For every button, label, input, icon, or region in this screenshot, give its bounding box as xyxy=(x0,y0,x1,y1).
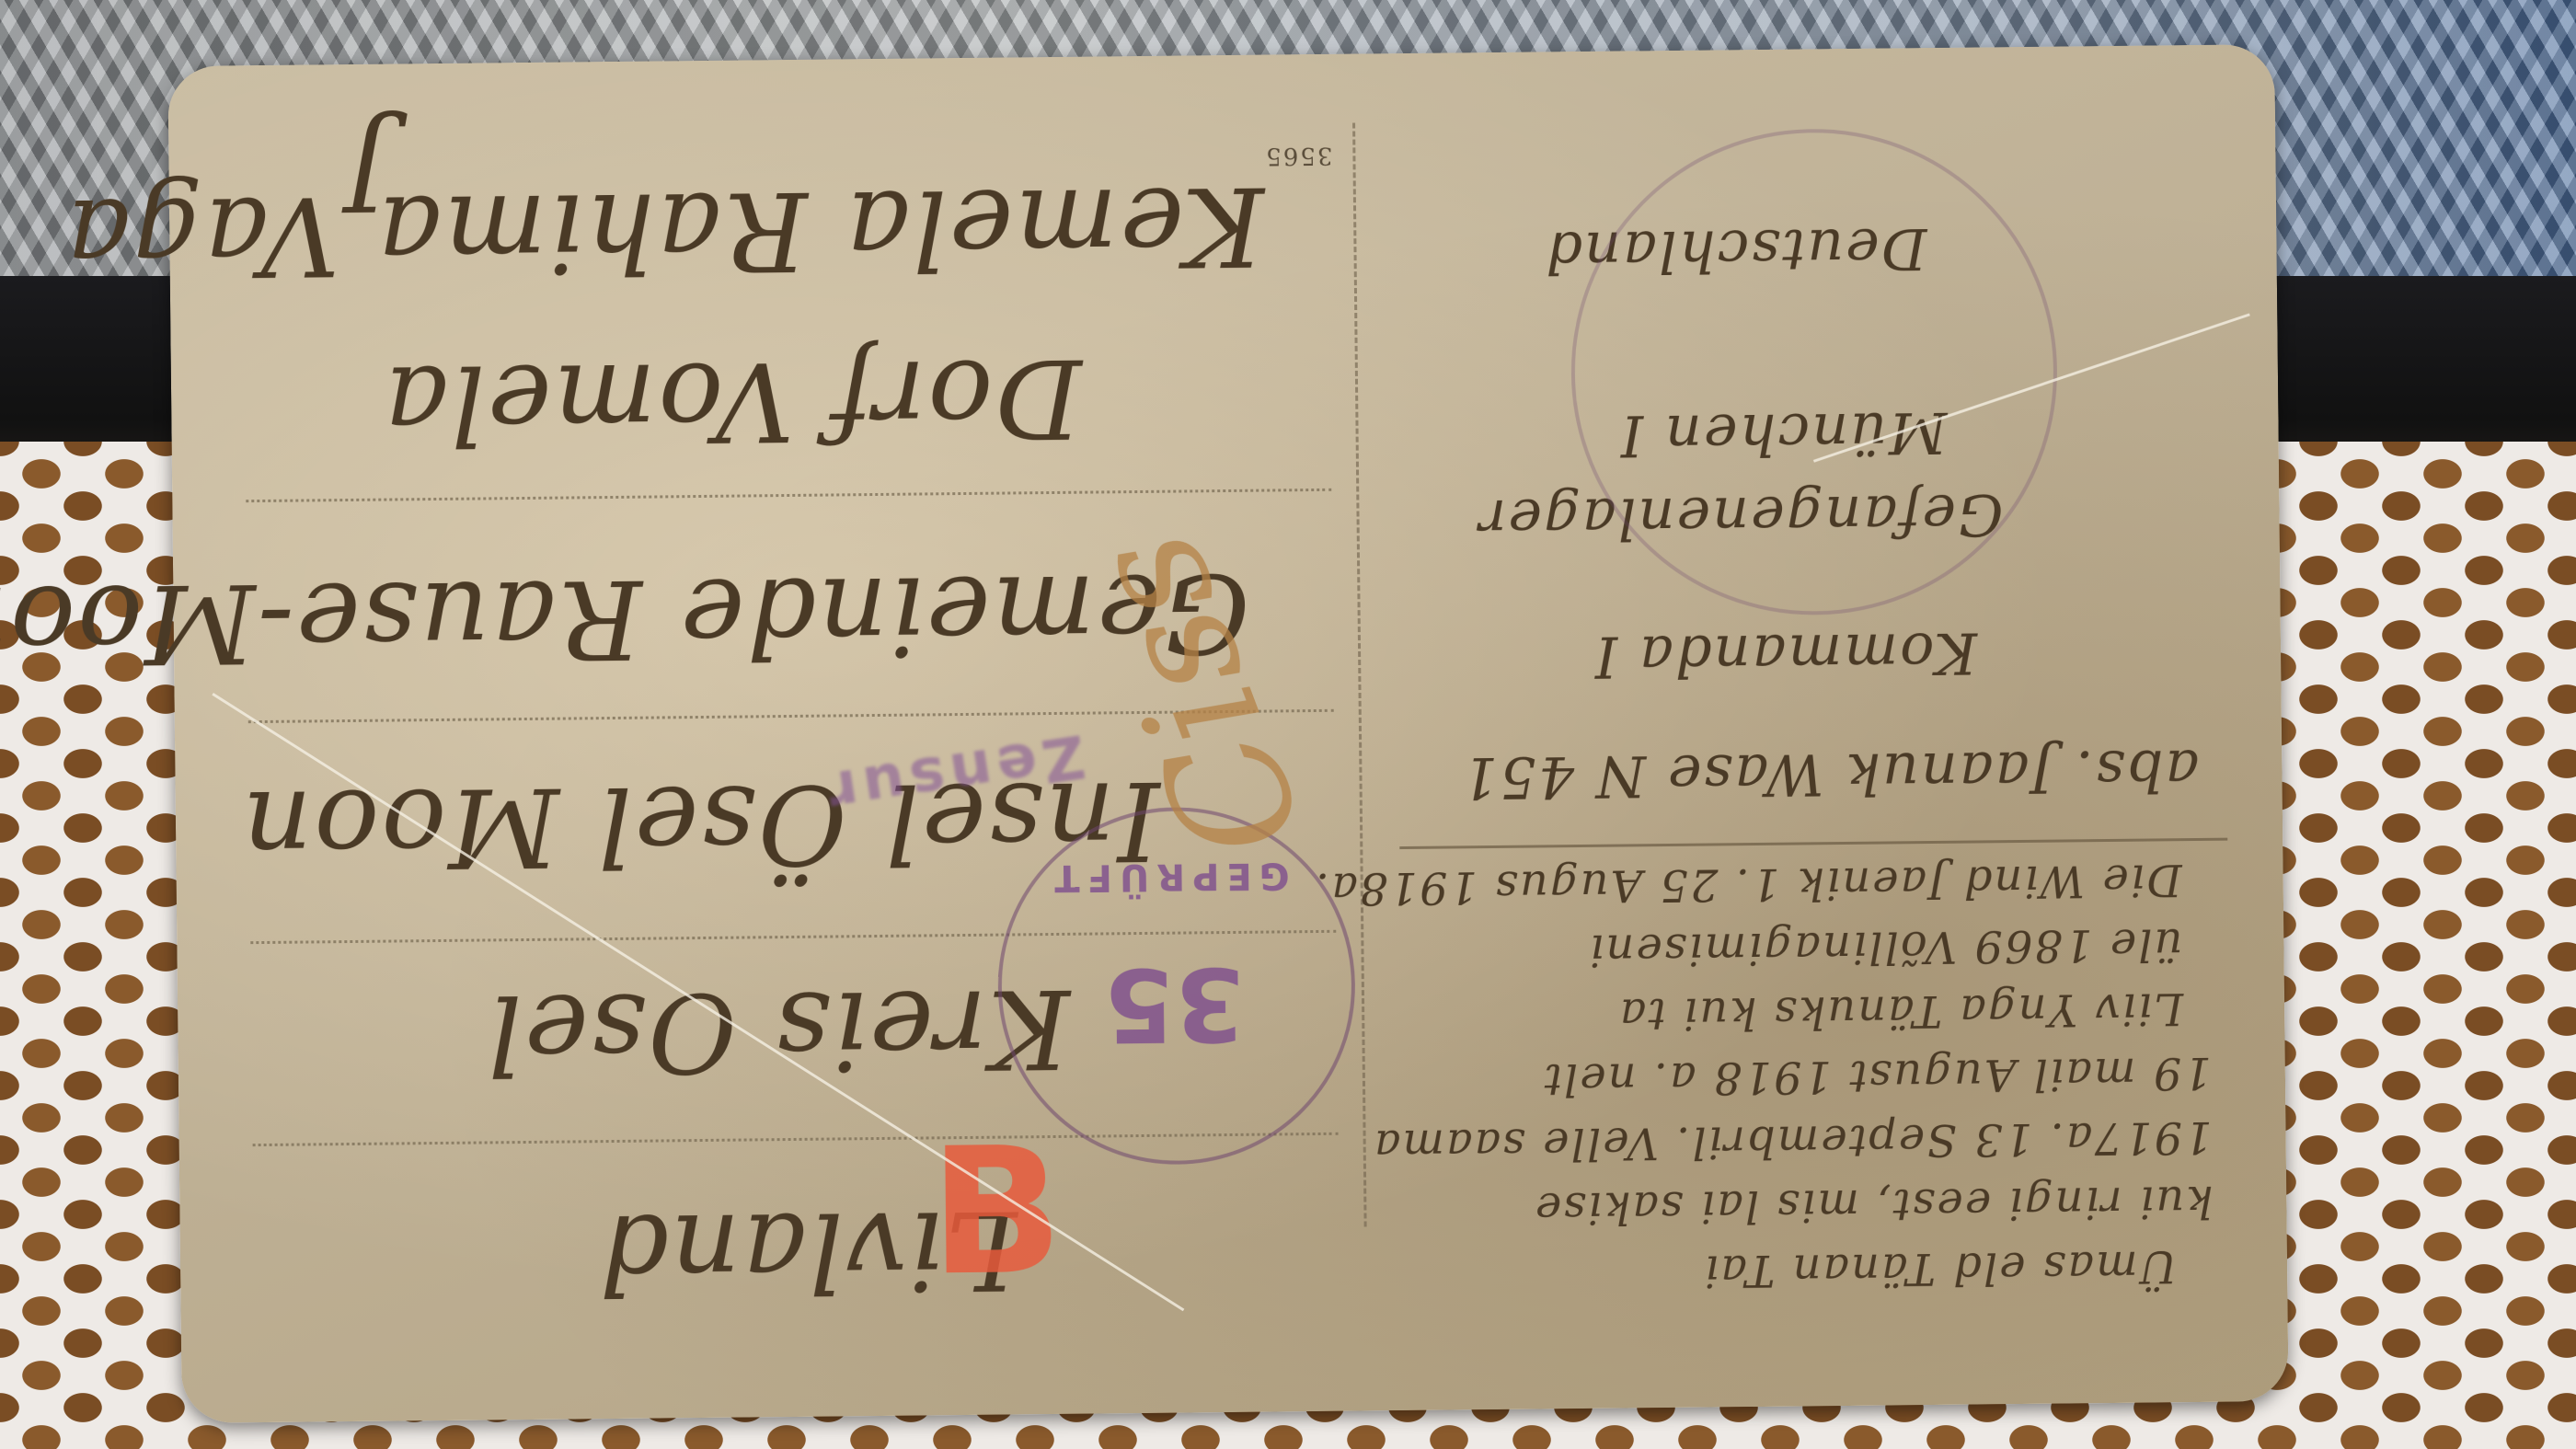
address-village: Dorf Vomela xyxy=(382,335,1083,469)
address-initial: J xyxy=(344,108,391,236)
print-number: 3565 xyxy=(1264,142,1332,170)
postcard: 3565 Livland Kreis Osel Insel Ösel Moon … xyxy=(167,44,2288,1423)
postmark-number: 35 xyxy=(1103,945,1245,1064)
red-pencil-mark: B xyxy=(928,1110,1064,1315)
message-line-7: Die Wind Jaenik 1. 25 Augus 1918a. xyxy=(1314,854,2182,914)
message-line-1: Ümas eld Tänan Tai xyxy=(1703,1240,2178,1296)
message-line-3: 1917a. 13 Septembril. Velle saama xyxy=(1373,1111,2213,1172)
address-line-4 xyxy=(246,489,1331,502)
postcard-content-upside-down: 3565 Livland Kreis Osel Insel Ösel Moon … xyxy=(167,44,2288,1423)
address-recipient: Kemela Rahima Vaga xyxy=(63,163,1265,303)
sender-line: abs. Jaanuk Wase N 451 xyxy=(1460,737,2200,811)
header-line-4: Kommanda I xyxy=(1593,619,1977,690)
message-line-2: kui ringi eest, mis lai sakise xyxy=(1534,1176,2214,1235)
message-line-4: 19 mail August 1918 a. nelt xyxy=(1542,1047,2212,1106)
address-district: Kreis Osel xyxy=(486,965,1071,1098)
message-line-5: Liiv Ynga Tänuks kui ta xyxy=(1618,983,2184,1040)
message-separator xyxy=(1399,838,2227,849)
center-divider xyxy=(1352,123,1367,1227)
message-line-6: üle 1869 Võllinagimiseni xyxy=(1588,918,2183,976)
